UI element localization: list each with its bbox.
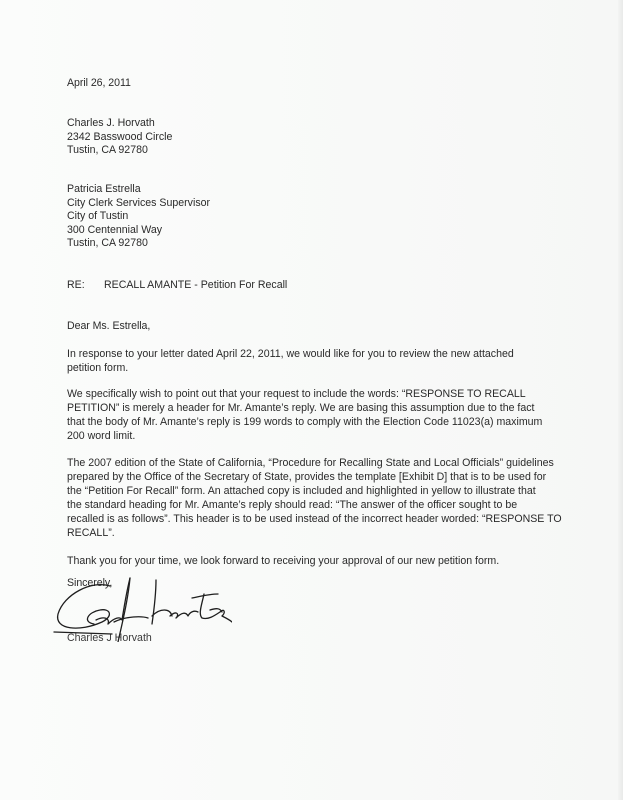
page-edge [618, 0, 623, 800]
recipient-name: Patricia Estrella [67, 183, 210, 197]
paragraph-line: Thank you for your time, we look forward… [67, 554, 587, 568]
recipient-title: City Clerk Services Supervisor [67, 197, 210, 211]
recipient-city: Tustin, CA 92780 [67, 237, 210, 251]
paragraph-line: In response to your letter dated April 2… [67, 347, 587, 361]
paragraph-line: prepared by the Office of the Secretary … [67, 470, 587, 484]
recipient-street: 300 Centennial Way [67, 224, 210, 238]
letter-page: April 26, 2011 Charles J. Horvath 2342 B… [0, 0, 623, 800]
paragraph-1: In response to your letter dated April 2… [67, 347, 587, 375]
paragraph-line: 200 word limit. [67, 429, 587, 443]
paragraph-line: RECALL”. [67, 526, 587, 540]
sender-address: Charles J. Horvath 2342 Basswood Circle … [67, 117, 172, 158]
handwritten-signature-icon [52, 572, 232, 642]
paragraph-line: The 2007 edition of the State of Califor… [67, 456, 587, 470]
paragraph-line: petition form. [67, 361, 587, 375]
recipient-address: Patricia Estrella City Clerk Services Su… [67, 183, 210, 251]
paragraph-line: recalled is as follows”. This header is … [67, 512, 587, 526]
salutation: Dear Ms. Estrella, [67, 320, 150, 334]
paragraph-line: that the body of Mr. Amante’s reply is 1… [67, 415, 587, 429]
paragraph-3: The 2007 edition of the State of Califor… [67, 456, 587, 540]
paragraph-line: the standard heading for Mr. Amante’s re… [67, 498, 587, 512]
sender-street: 2342 Basswood Circle [67, 131, 172, 145]
re-subject: RECALL AMANTE - Petition For Recall [104, 279, 287, 293]
paragraph-line: the “Petition For Recall” form. An attac… [67, 484, 587, 498]
letter-date: April 26, 2011 [67, 77, 131, 91]
paragraph-line: PETITION” is merely a header for Mr. Ama… [67, 401, 587, 415]
re-label: RE: [67, 279, 85, 293]
recipient-organization: City of Tustin [67, 210, 210, 224]
sender-name: Charles J. Horvath [67, 117, 172, 131]
paragraph-2: We specifically wish to point out that y… [67, 387, 587, 443]
sender-city: Tustin, CA 92780 [67, 144, 172, 158]
paragraph-line: We specifically wish to point out that y… [67, 387, 587, 401]
paragraph-4: Thank you for your time, we look forward… [67, 554, 587, 568]
